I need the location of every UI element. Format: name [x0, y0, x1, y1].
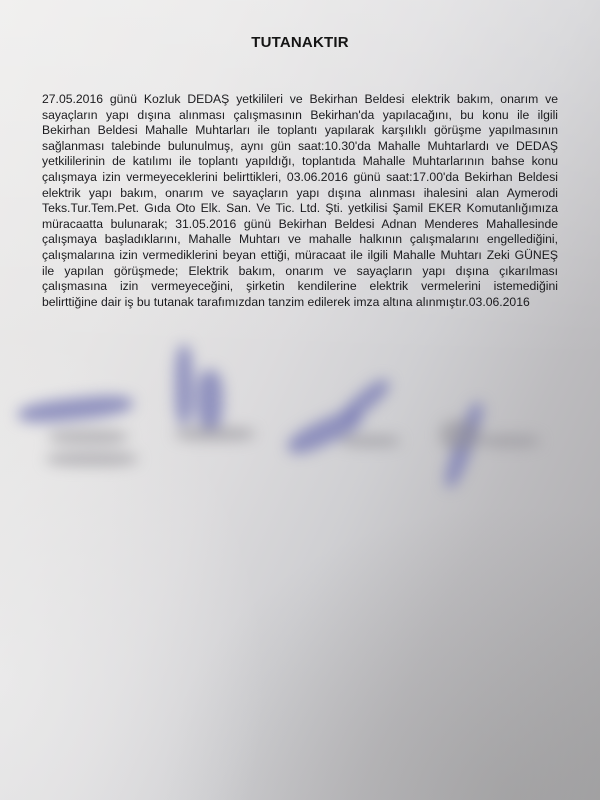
body-line: çalışmasına izin vermeyeceğini, şirketin… [42, 279, 558, 295]
signature-3 [280, 380, 410, 470]
signature-1 [18, 380, 138, 480]
document-title: TUTANAKTIR [0, 34, 600, 51]
signature-2 [165, 345, 265, 455]
document-body: 27.05.2016 günü Kozluk DEDAŞ yetkilileri… [42, 92, 558, 310]
body-line: müracaatta bulunarak; 31.05.2016 günü Be… [42, 217, 558, 233]
body-line: çalışmaya başladıklarını, Mahalle Muhtar… [42, 232, 558, 248]
body-line: ile yapılan görüşmede; Elektrik bakım, o… [42, 264, 558, 280]
body-line: belirttiğine dair iş bu tutanak tarafımı… [42, 295, 558, 311]
body-line: Teks.Tur.Tem.Pet. Gıda Oto Elk. San. Ve … [42, 201, 558, 217]
body-line: sayaçların yapı dışına alınması çalışmas… [42, 108, 558, 124]
signature-block [0, 340, 600, 510]
body-line: çalışmalarına izin vermediklerini beyan … [42, 248, 558, 264]
signature-4 [430, 390, 550, 500]
body-line: Bekirhan Beldesi Mahalle Muhtarları ile … [42, 123, 558, 139]
body-line: elektrik yapı bakım, onarım ve sayaçları… [42, 186, 558, 202]
body-line: çalışmaya izin vermeyeceklerini belirtti… [42, 170, 558, 186]
body-line: yetkililerinin de katılımı ile toplantı … [42, 154, 558, 170]
body-line: 27.05.2016 günü Kozluk DEDAŞ yetkilileri… [42, 92, 558, 108]
body-line: sağlanması talebinde bulunulmuş, aynı gü… [42, 139, 558, 155]
